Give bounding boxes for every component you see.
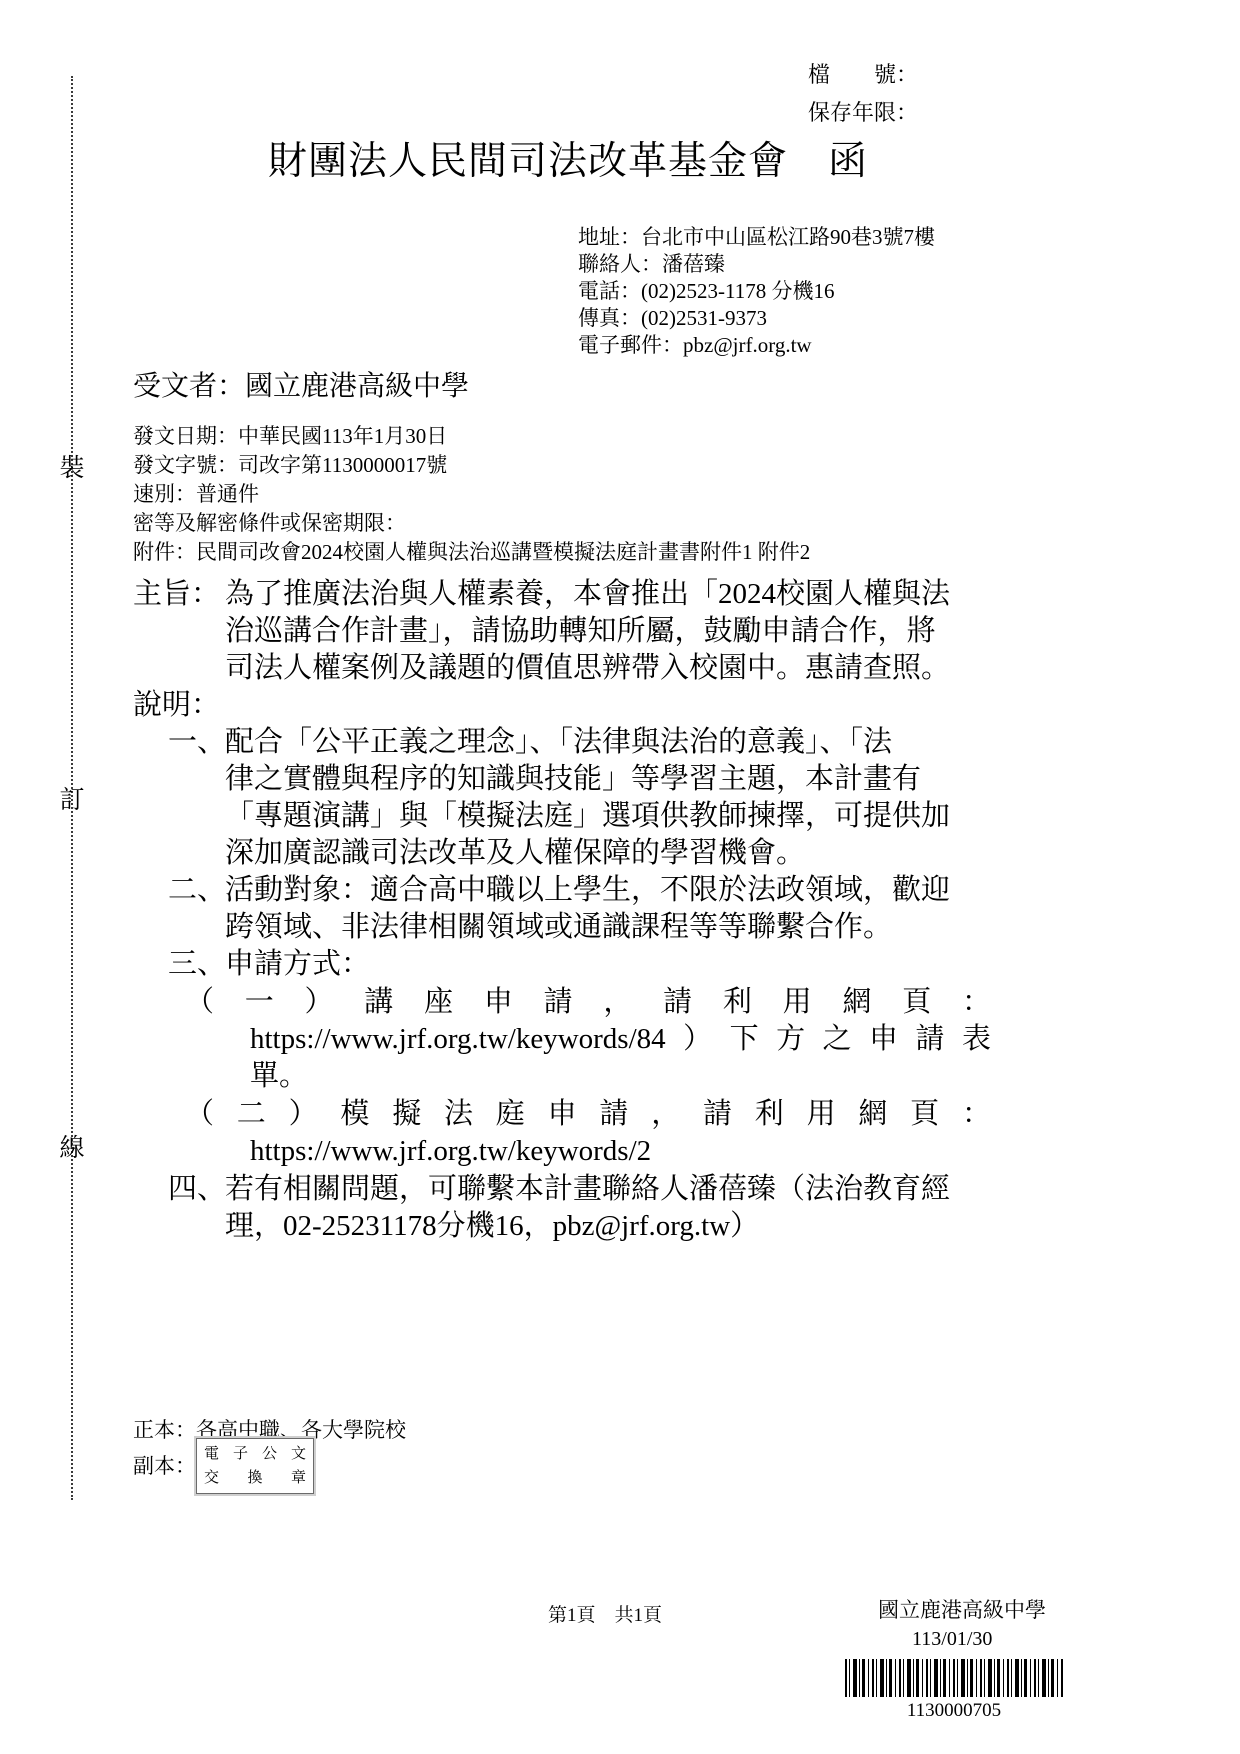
barcode: [845, 1659, 1063, 1697]
priority-line: 速別：普通件: [133, 480, 810, 509]
stamp-line-2: 交換章: [204, 1466, 306, 1490]
item-3-number: 三、: [168, 946, 226, 983]
item-2-number: 二、: [168, 872, 226, 909]
sender-contact: 聯絡人：潘蓓臻: [578, 251, 935, 278]
footer-date: 113/01/30: [912, 1628, 992, 1651]
barcode-number: 1130000705: [845, 1700, 1063, 1722]
retention-period-label: 保存年限：: [808, 94, 918, 132]
sub-item-2-line-2: https://www.jrf.org.tw/keywords/2: [250, 1133, 651, 1170]
sender-address: 地址：台北市中山區松江路90巷3號7樓: [578, 224, 935, 251]
stamp-line-1: 電子公文: [204, 1442, 306, 1466]
document-title: 財團法人民間司法改革基金會 函: [268, 130, 868, 186]
document-meta-block: 發文日期：中華民國113年1月30日 發文字號：司改字第1130000017號 …: [133, 422, 810, 567]
security-line: 密等及解密條件或保密期限：: [133, 509, 810, 538]
binding-mark-ding: 訂: [57, 780, 87, 816]
binding-mark-xian: 線: [57, 1128, 87, 1164]
sub-item-2-line-1: （二）模擬法庭申請，請利用網頁：: [185, 1096, 991, 1133]
attachment-line: 附件：民間司改會2024校園人權與法治巡講暨模擬法庭計畫書附件1 附件2: [133, 538, 810, 567]
page-number: 第1頁 共1頁: [548, 1600, 662, 1627]
sender-phone: 電話：(02)2523-1178 分機16: [578, 278, 935, 305]
doc-number-line: 發文字號：司改字第1130000017號: [133, 451, 810, 480]
item-1-text: 配合「公平正義之理念」、「法律與法治的意義」、「法 律之實體與程序的知識與技能」…: [225, 724, 991, 872]
cc-label: 副本：: [133, 1450, 196, 1480]
footer-school-name: 國立鹿港高級中學: [878, 1594, 1046, 1624]
sender-fax: 傳真：(02)2531-9373: [578, 305, 935, 332]
item-3-text: 申請方式：: [225, 946, 991, 983]
subject-text: 為了推廣法治與人權素養，本會推出「2024校園人權與法 治巡講合作計畫」，請協助…: [225, 576, 991, 687]
explanation-label: 說明：: [133, 687, 220, 724]
item-4-text: 若有相關問題，可聯繫本計畫聯絡人潘蓓臻（法治教育經 理，02-25231178分…: [225, 1171, 991, 1245]
sender-info-block: 地址：台北市中山區松江路90巷3號7樓 聯絡人：潘蓓臻 電話：(02)2523-…: [578, 224, 935, 359]
file-info-block: 檔 號： 保存年限：: [808, 56, 918, 132]
item-4-number: 四、: [168, 1171, 226, 1208]
item-1-number: 一、: [168, 724, 226, 761]
recipient-line: 受文者：國立鹿港高級中學: [133, 364, 469, 404]
sender-email: 電子郵件：pbz@jrf.org.tw: [578, 332, 935, 359]
e-doc-exchange-stamp: 電子公文 交換章: [196, 1438, 314, 1494]
binding-mark-zhuang: 裝: [57, 448, 87, 484]
sub-item-1-line-2: https://www.jrf.org.tw/keywords/84）下方之申請…: [250, 1021, 991, 1058]
issue-date-line: 發文日期：中華民國113年1月30日: [133, 422, 810, 451]
sub-item-1-line-3: 單。: [250, 1058, 308, 1095]
sub-item-1-line-1: （一）講座申請，請利用網頁：: [185, 984, 991, 1021]
item-2-text: 活動對象：適合高中職以上學生，不限於法政領域，歡迎 跨領域、非法律相關領域或通識…: [225, 872, 991, 946]
subject-label: 主旨：: [133, 576, 220, 613]
file-number-label: 檔 號：: [808, 56, 918, 94]
